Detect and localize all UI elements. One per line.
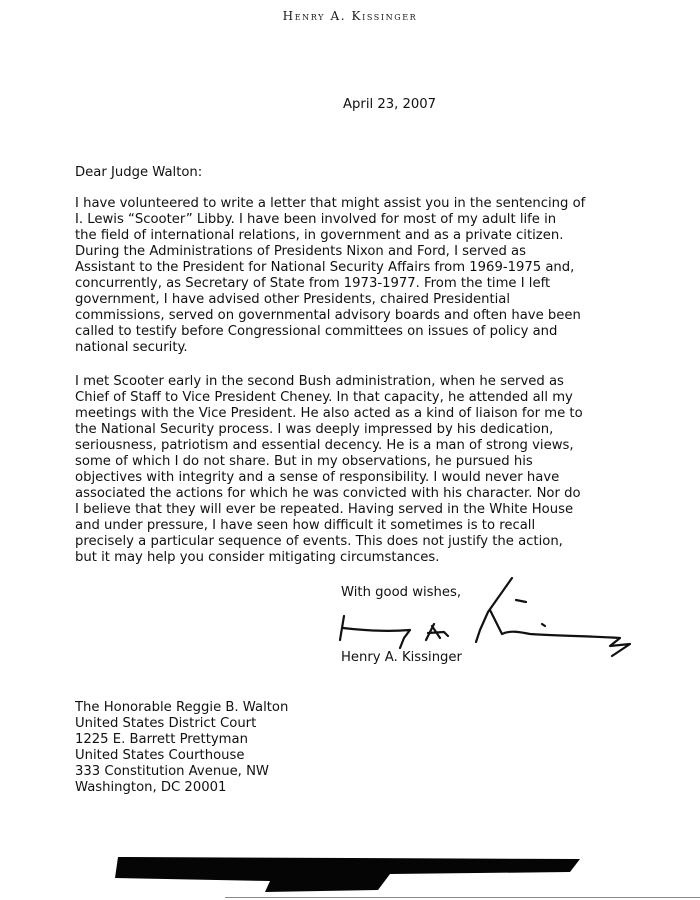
bottom-rule — [225, 897, 700, 898]
address-line: 333 Constitution Avenue, NW — [75, 764, 288, 780]
body-paragraph-1: I have volunteered to write a letter tha… — [75, 196, 675, 356]
letterhead: Henry A. Kissinger — [0, 9, 700, 23]
address-line: The Honorable Reggie B. Walton — [75, 700, 288, 716]
body-paragraph-2: I met Scooter early in the second Bush a… — [75, 374, 675, 566]
address-line: Washington, DC 20001 — [75, 780, 288, 796]
letter-date: April 23, 2007 — [343, 97, 436, 112]
signature-icon — [330, 572, 640, 662]
address-line: United States District Court — [75, 716, 288, 732]
signer-name: Henry A. Kissinger — [341, 650, 462, 665]
address-line: United States Courthouse — [75, 748, 288, 764]
recipient-address: The Honorable Reggie B. Walton United St… — [75, 700, 288, 796]
salutation: Dear Judge Walton: — [75, 165, 202, 180]
redaction-bar — [110, 855, 590, 900]
address-line: 1225 E. Barrett Prettyman — [75, 732, 288, 748]
